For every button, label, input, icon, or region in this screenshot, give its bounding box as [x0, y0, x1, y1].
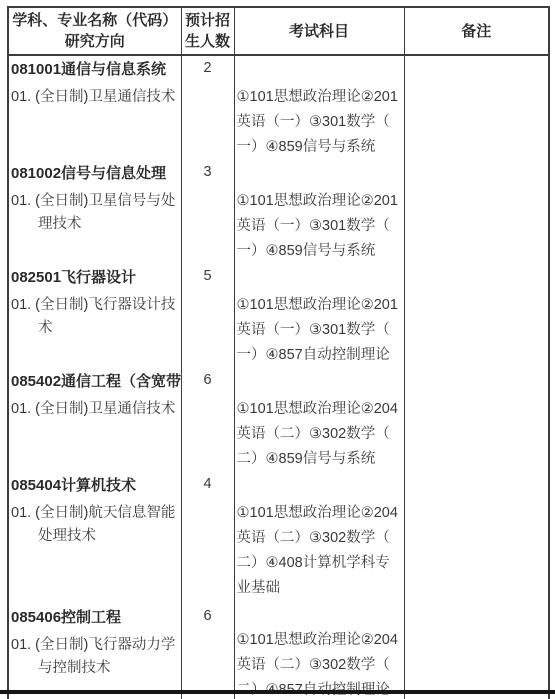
header-quota-line1: 预计招 [182, 10, 234, 31]
header-row: 学科、专业名称（代码） 研究方向 预计招 生人数 考试科目 备注 [8, 7, 549, 55]
header-major-line2: 研究方向 [9, 31, 181, 52]
exam-line: 二）④857自动控制理论 [237, 678, 404, 699]
major-cell: 081001通信与信息系统 01. (全日制)卫星通信技术 [8, 55, 181, 160]
subjects-cell: ①101思想政治理论②204 英语（二）③302数学（ 二）④408计算机学科专… [234, 472, 404, 604]
section-row-081001: 081001通信与信息系统 01. (全日制)卫星通信技术 2 ①101思想政治… [8, 55, 549, 160]
direction-block: 01. (全日制)卫星信号与处 理技术 [11, 190, 180, 236]
exam-line: ①101思想政治理论②204 [237, 628, 404, 653]
direction-line: 术 [11, 317, 180, 340]
note-cell [404, 368, 549, 472]
subjects-cell: ①101思想政治理论②201 英语（一）③301数学（ 一）④857自动控制理论 [234, 264, 404, 368]
direction-line: 01. (全日制)卫星通信技术 [11, 86, 180, 109]
quota-cell: 6 [181, 604, 234, 699]
exam-line: ①101思想政治理论②204 [237, 397, 404, 422]
quota-cell: 2 [181, 55, 234, 160]
direction-line: 01. (全日制)卫星通信技术 [11, 398, 180, 421]
direction-block: 01. (全日制)飞行器动力学 与控制技术 [11, 634, 180, 680]
section-row-085404: 085404计算机技术 01. (全日制)航天信息智能 处理技术 4 ①101思… [8, 472, 549, 604]
exam-line: 英语（一）③301数学（ [237, 110, 404, 135]
quota-cell: 5 [181, 264, 234, 368]
section-row-082501: 082501飞行器设计 01. (全日制)飞行器设计技 术 5 ①101思想政治… [8, 264, 549, 368]
section-code-name: 081002信号与信息处理 [11, 164, 180, 184]
major-cell: 085404计算机技术 01. (全日制)航天信息智能 处理技术 [8, 472, 181, 604]
direction-line: 01. (全日制)卫星信号与处 [11, 190, 180, 213]
major-cell: 082501飞行器设计 01. (全日制)飞行器设计技 术 [8, 264, 181, 368]
note-cell [404, 264, 549, 368]
exam-line: 英语（一）③301数学（ [237, 318, 404, 343]
note-cell [404, 55, 549, 160]
direction-line: 处理技术 [11, 525, 180, 548]
subjects-cell: ①101思想政治理论②204 英语（二）③302数学（ 二）④857自动控制理论 [234, 604, 404, 699]
section-code-name: 082501飞行器设计 [11, 268, 180, 288]
section-code-name: 085402通信工程（含宽带网络 [11, 372, 180, 392]
exam-line: ①101思想政治理论②201 [237, 293, 404, 318]
header-note: 备注 [404, 7, 549, 55]
header-major: 学科、专业名称（代码） 研究方向 [8, 7, 181, 55]
section-row-081002: 081002信号与信息处理 01. (全日制)卫星信号与处 理技术 3 ①101… [8, 160, 549, 264]
subjects-cell: ①101思想政治理论②201 英语（一）③301数学（ 一）④859信号与系统 [234, 160, 404, 264]
section-code-name: 085404计算机技术 [11, 476, 180, 496]
exam-line: 一）④859信号与系统 [237, 135, 404, 160]
note-cell [404, 160, 549, 264]
direction-block: 01. (全日制)卫星通信技术 [11, 86, 180, 109]
header-quota-line2: 生人数 [182, 31, 234, 52]
exam-line: 二）④859信号与系统 [237, 447, 404, 472]
major-cell: 081002信号与信息处理 01. (全日制)卫星信号与处 理技术 [8, 160, 181, 264]
header-major-line1: 学科、专业名称（代码） [9, 10, 181, 31]
subjects-cell: ①101思想政治理论②204 英语（二）③302数学（ 二）④859信号与系统 [234, 368, 404, 472]
quota-cell: 6 [181, 368, 234, 472]
exam-line: 业基础 [237, 576, 404, 601]
direction-line: 01. (全日制)航天信息智能 [11, 502, 180, 525]
major-cell: 085406控制工程 01. (全日制)飞行器动力学 与控制技术 [8, 604, 181, 699]
direction-block: 01. (全日制)飞行器设计技 术 [11, 294, 180, 340]
direction-line: 01. (全日制)飞行器设计技 [11, 294, 180, 317]
exam-line: ①101思想政治理论②204 [237, 501, 404, 526]
admissions-table: 学科、专业名称（代码） 研究方向 预计招 生人数 考试科目 备注 081001通… [7, 6, 550, 699]
exam-line: 英语（二）③302数学（ [237, 526, 404, 551]
exam-line: ①101思想政治理论②201 [237, 189, 404, 214]
note-cell [404, 472, 549, 604]
subjects-cell: ①101思想政治理论②201 英语（一）③301数学（ 一）④859信号与系统 [234, 55, 404, 160]
direction-line: 01. (全日制)飞行器动力学 [11, 634, 180, 657]
exam-line: 二）④408计算机学科专 [237, 551, 404, 576]
direction-line: 与控制技术 [11, 657, 180, 680]
major-cell: 085402通信工程（含宽带网络 01. (全日制)卫星通信技术 [8, 368, 181, 472]
exam-line: 一）④857自动控制理论 [237, 343, 404, 368]
admissions-page: 学科、专业名称（代码） 研究方向 预计招 生人数 考试科目 备注 081001通… [0, 0, 555, 699]
header-subjects: 考试科目 [234, 7, 404, 55]
note-cell [404, 604, 549, 699]
bottom-divider [0, 690, 555, 694]
section-code-name: 085406控制工程 [11, 608, 180, 628]
direction-block: 01. (全日制)卫星通信技术 [11, 398, 180, 421]
direction-block: 01. (全日制)航天信息智能 处理技术 [11, 502, 180, 548]
exam-line: ①101思想政治理论②201 [237, 85, 404, 110]
section-row-085406: 085406控制工程 01. (全日制)飞行器动力学 与控制技术 6 ①101思… [8, 604, 549, 699]
exam-line: 英语（二）③302数学（ [237, 422, 404, 447]
quota-cell: 3 [181, 160, 234, 264]
section-code-name: 081001通信与信息系统 [11, 60, 180, 80]
quota-cell: 4 [181, 472, 234, 604]
section-row-085402: 085402通信工程（含宽带网络 01. (全日制)卫星通信技术 6 ①101思… [8, 368, 549, 472]
exam-line: 英语（一）③301数学（ [237, 214, 404, 239]
exam-line: 英语（二）③302数学（ [237, 653, 404, 678]
direction-line: 理技术 [11, 213, 180, 236]
exam-line: 一）④859信号与系统 [237, 239, 404, 264]
header-quota: 预计招 生人数 [181, 7, 234, 55]
